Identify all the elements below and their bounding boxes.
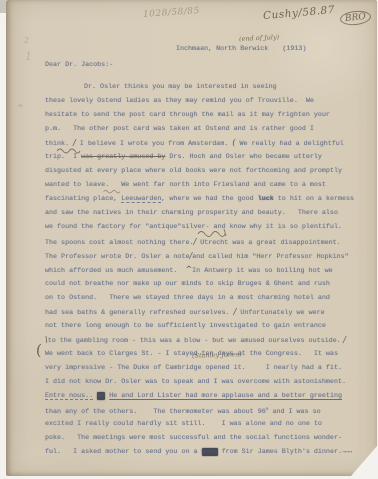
- letter-line: fascinating place, Leeuwarden, where we …: [45, 192, 363, 206]
- letter-line-segment: to the gambling room - this was a blow -…: [48, 337, 341, 345]
- margin-pencil-mark: 2: [24, 36, 29, 45]
- letter-line: these lovely Ostend ladies as they may r…: [45, 94, 363, 108]
- letter-line: could not breathe nor make up our minds …: [45, 277, 363, 291]
- letter-line: ful. I asked mother to send you on a men…: [45, 445, 363, 459]
- letter-line-segment: We really had a delightful: [235, 140, 343, 148]
- letter-line-segment: on to Ostend. There we stayed three days…: [45, 294, 330, 302]
- letter-line-segment: poke. The meetings were most successful …: [45, 434, 342, 442]
- letter-line-segment: was greatly amused by: [81, 153, 165, 161]
- letter-line: poke. The meetings were most successful …: [45, 431, 363, 445]
- letter-line-segment: p.m. The other post card was taken at Os…: [45, 125, 314, 133]
- letter-line-segment: →→→: [342, 448, 351, 456]
- letter-line-segment: In Antwerp it was so boiling hot we: [192, 267, 332, 275]
- scan-background: 1028/58/85 Cushy/58.87 BRO 2 1 (end of J…: [0, 0, 378, 479]
- letter-line-segment: these lovely Ostend ladies as they may r…: [45, 97, 314, 105]
- letter-salutation: Dear Dr. Jacobs:-: [45, 61, 113, 69]
- letter-line: Entre nous.. We He and Lord Lister had m…: [45, 389, 363, 403]
- letter-line: trip. I was greatly amused by Drs. Hoch …: [45, 150, 363, 164]
- letter-line-segment: and I was so: [268, 408, 320, 416]
- letter-line: than any of the others. The thermometer …: [45, 403, 363, 417]
- letter-line-segment: we found the factory for "antique"silver…: [45, 223, 342, 231]
- letter-line-segment: Unfortunately we were: [236, 309, 324, 317]
- letter-line: and saw the natives in their charming pr…: [45, 206, 363, 220]
- handwritten-insert-note: (Stanley Jones): [192, 350, 242, 360]
- dateline-place: Inchmaan, North Berwick: [176, 45, 268, 53]
- letter-line: The Professor wrote Dr. Osler a note/and…: [45, 249, 363, 263]
- letter-line: which afforded us much amusement. ^In An…: [45, 263, 363, 277]
- letter-line-segment: Utrecht was a great disappointment.: [196, 239, 340, 247]
- letter-line-segment: had sea baths & generally refreshed ours…: [45, 309, 234, 317]
- margin-smudge-mark: [18, 104, 23, 107]
- letter-line-segment: very impressive - The Duke of Cambridge …: [45, 364, 342, 372]
- letter-line-segment: ful. I asked mother to send you on a: [45, 448, 202, 456]
- letter-line: very impressive - The Duke of Cambridge …: [45, 361, 363, 375]
- letter-line: wanted to leave. We went far north into …: [45, 178, 363, 192]
- letter-line-segment: Leeuwarden: [121, 195, 161, 203]
- letter-line-segment: We: [97, 392, 105, 400]
- letter-line: excited I really could hardly sit still.…: [45, 417, 363, 431]
- letter-line-segment: and saw the natives in their charming pr…: [45, 209, 338, 217]
- letter-line-segment: I believe I wrote you from Amsterdam.: [76, 140, 233, 148]
- letter-line-segment: , where we had the good: [161, 195, 257, 203]
- letter-line-segment: Dr. Osler thinks you may be interested i…: [84, 83, 277, 91]
- letter-line-segment: The Professor wrote Dr. Osler a note: [45, 253, 189, 261]
- letter-line-segment: wanted to leave. We went far north into …: [45, 181, 326, 189]
- letter-line-segment: Drs. Hoch and Osler who became utterly: [165, 153, 322, 161]
- letter-line-segment: menu: [202, 448, 218, 456]
- letter-line-segment: which afforded us much amusement.: [45, 267, 185, 275]
- letter-line: hesitate to send the post card through t…: [45, 108, 363, 122]
- letter-line: I did not know Dr. Osler was to speak an…: [45, 375, 363, 389]
- letter-line-segment: could not breathe nor make up our minds …: [45, 280, 330, 288]
- letter-line: \to the gambling room - this was a blow …: [45, 333, 363, 347]
- letter-line-segment: Entre nous..: [45, 392, 93, 400]
- letter-line-segment: to hit on a kermess: [274, 195, 354, 203]
- letter-line: had sea baths & generally refreshed ours…: [45, 305, 363, 319]
- letter-dateline: Inchmaan, North Berwick(1913): [176, 45, 306, 53]
- letter-line: not there long enough to be sufficiently…: [45, 319, 363, 333]
- pen-bracket-mark: (: [35, 341, 42, 359]
- letter-body: Dr. Osler thinks you may be interested i…: [45, 80, 363, 459]
- letter-line: Dr. Osler thinks you may be interested i…: [45, 80, 363, 94]
- letter-line: think. / I believe I wrote you from Amst…: [45, 136, 363, 150]
- dateline-year: (1913): [282, 45, 306, 53]
- letter-line-segment: /: [341, 335, 346, 344]
- letter-line-segment: excited I really could hardly sit still.…: [45, 420, 322, 428]
- letter-line-segment: from Sir James Blyth's dinner.: [218, 448, 342, 456]
- letter-line: on to Ostend. There we stayed three days…: [45, 291, 363, 305]
- letter-line: p.m. The other post card was taken at Os…: [45, 122, 363, 136]
- letter-line-segment: hesitate to send the post card through t…: [45, 111, 330, 119]
- letter-line-segment: The spoons cost almost nothing there.: [45, 239, 194, 247]
- letter-line-segment: disgusted at every place where old books…: [45, 167, 342, 175]
- letter-line-segment: luck: [258, 195, 274, 203]
- letter-line: disgusted at every place where old books…: [45, 164, 363, 178]
- letter-line-segment: I did not know Dr. Osler was to speak an…: [45, 378, 346, 386]
- letter-line-segment: He and Lord Lister had more applause and…: [109, 392, 342, 400]
- letter-line-segment: than any of the others. The thermometer …: [45, 408, 266, 416]
- letter-line-segment: trip. I: [45, 153, 81, 161]
- pen-squiggle-mark: [56, 146, 82, 154]
- letter-line-segment: not there long enough to be sufficiently…: [45, 322, 326, 330]
- scan-corner-notch: [0, 0, 6, 13]
- pen-squiggle-mark: [103, 188, 121, 194]
- margin-pencil-mark: 1: [25, 50, 32, 63]
- pen-squiggle-mark: [197, 228, 227, 237]
- letter-line-segment: fascinating place,: [45, 195, 121, 203]
- letter-line-segment: and called him "Herr Professor Hopkins": [192, 253, 349, 261]
